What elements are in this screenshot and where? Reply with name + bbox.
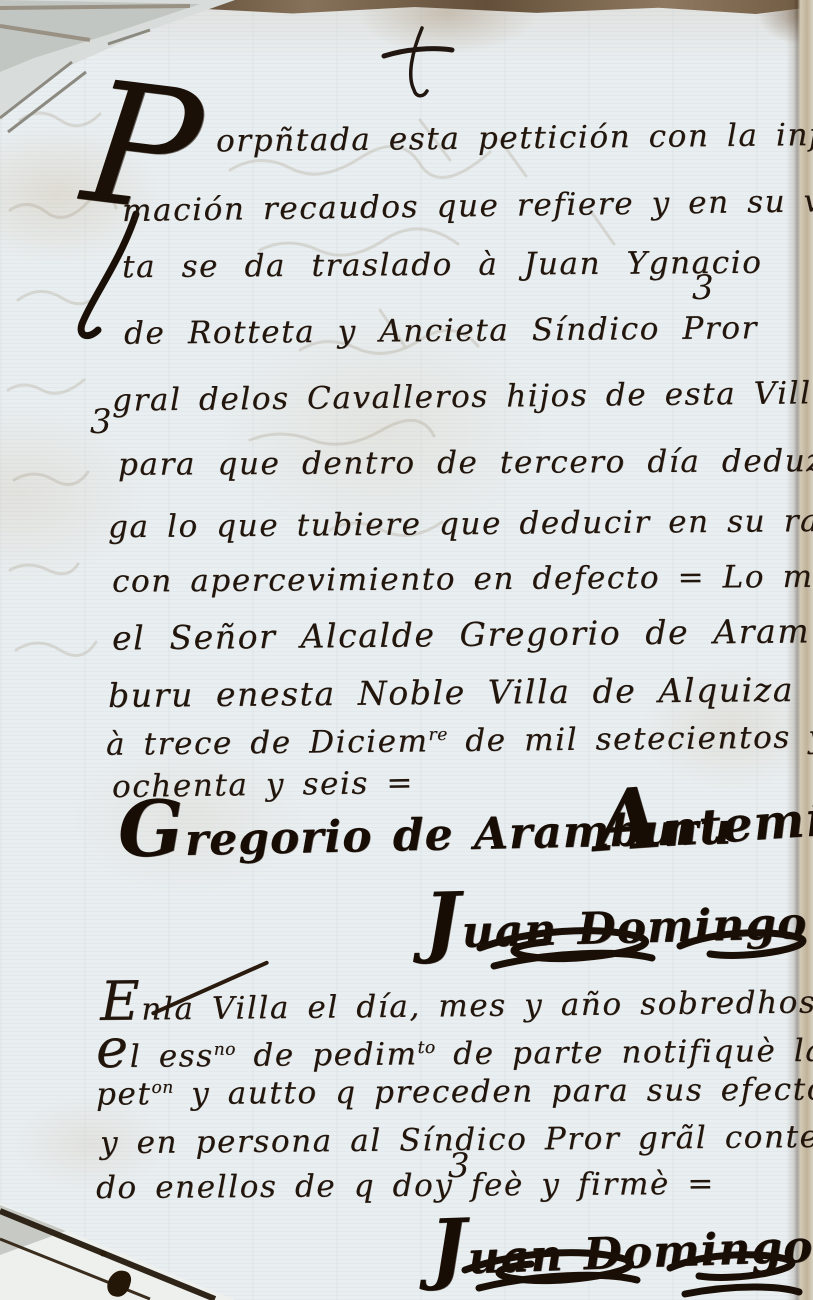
line-text: ga lo que tubiere que deducir en su razõ [108,503,813,546]
abbreviation-flourish: 3 [692,268,714,308]
line-text: y autto q preceden para sus efectos [174,1071,813,1112]
signature-escribano-second: Juan Domingo de Elola [429,1197,813,1285]
ink-blot [105,1267,134,1299]
line-text: à trece de Diciem [106,723,429,762]
line-text: pet [96,1076,152,1112]
line-text: con apercevimiento en defecto = Lo mandó [112,558,813,599]
ante-mi-note: Antemí [594,772,813,863]
manuscript-line: ga lo que tubiere que deducir en su razõ [108,503,813,546]
line-text: orpñtada esta pettición con la infor [216,117,813,160]
signature-escribano-first: Juan Domingo de Elola [423,876,813,959]
line-text: gral delos Cavalleros hijos de esta Vill [112,375,812,418]
abbreviation-flourish: 3 [90,402,112,442]
line-superscript: to [417,1038,435,1058]
manuscript-line: do enellos de q doy feè y firmè = [96,1166,715,1206]
line-text: ta se da traslado à Juan Ygnacio [122,245,763,285]
signature-text: Juan Domingo de Elola [430,1213,813,1285]
manuscript-line: Enla Villa el día, mes y año sobredhos i… [100,972,813,1028]
manuscript-line: buru enesta Noble Villa de Alquiza [108,670,794,715]
manuscript-line: el essno de pedimto de parte notifiquè l… [96,1021,813,1075]
line-text: de parte notifiquè la [436,1033,813,1072]
manuscript-line: ta se da traslado à Juan Ygnacio [122,245,763,285]
line-text: para que dentro de tercero día deduz [118,443,813,483]
line-text: buru enesta Noble Villa de Alquiza [108,670,794,715]
line-text: el Señor Alcalde Gregorio de Aram [112,611,811,657]
manuscript-line: à trece de Diciemre de mil setecientos y [106,719,813,763]
manuscript-line: de Rotteta y Ancieta Síndico Pror [124,310,758,352]
abbreviation-flourish: 3 [448,1146,470,1186]
line-superscript: no [214,1040,236,1060]
signature-text: Antemí [595,791,813,863]
line-text: de pedim [236,1036,418,1074]
manuscript-line: mación recaudos que refiere y en su vis [122,183,813,229]
manuscript-line: orpñtada esta pettición con la infor [216,117,813,160]
manuscript-line: con apercevimiento en defecto = Lo mandó [112,558,813,599]
line-text: mación recaudos que refiere y en su vis [122,183,813,229]
line-text: de Rotteta y Ancieta Síndico Pror [124,310,758,352]
manuscript-page: † P orpñtada esta pettición con la infor… [0,0,813,1300]
manuscript-line: el Señor Alcalde Gregorio de Aram [112,611,811,657]
manuscript-line: para que dentro de tercero día deduz [118,443,813,483]
invocation-cross-icon [378,24,458,102]
torn-top-edge [0,0,813,14]
line-text: de mil setecientos y [448,719,813,759]
line-superscript: on [151,1078,173,1098]
manuscript-line: gral delos Cavalleros hijos de esta Vill [112,375,812,418]
manuscript-line: peton y autto q preceden para sus efecto… [96,1071,813,1112]
signature-text: Juan Domingo de Elola [424,892,813,959]
line-superscript: re [428,725,447,745]
line-text: el ess [96,1038,214,1075]
line-text: do enellos de q doy feè y firmè = [96,1166,715,1206]
